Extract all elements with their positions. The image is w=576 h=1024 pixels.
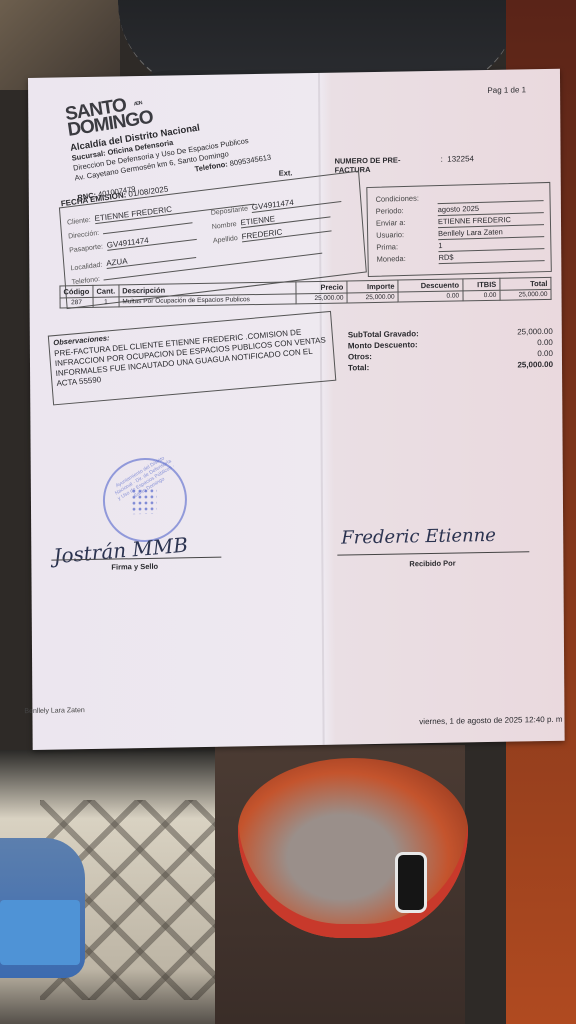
recibido-por-caption: Recibido Por [409, 559, 455, 569]
total-row: Total:25,000.00 [348, 360, 553, 375]
background-helmet-visor [395, 852, 427, 913]
totals-summary: SubTotal Gravado:25,000.00 Monto Descuen… [348, 327, 553, 375]
observations-box: Observaciones: Pre-Factura del cliente E… [48, 311, 337, 405]
conditions-box: Condiciones: Periodo:agosto 2025 Enviar … [366, 182, 552, 277]
prefactura-document: Pag 1 de 1 SANTOADN DOMINGO Alcaldía del… [28, 69, 565, 750]
footer-user: Benllely Lara Zaten [24, 707, 84, 715]
recipient-signature: Frederic Etienne [341, 525, 496, 549]
prefactura-number: : 132254 [441, 154, 474, 164]
page-indicator: Pag 1 de 1 [487, 85, 526, 95]
signature-line-right [337, 551, 529, 555]
official-seal-stamp: Ayuntamiento del Distrito Nacional · Dir… [103, 457, 188, 542]
footer-datetime: viernes, 1 de agosto de 2025 12:40 p. m [419, 715, 562, 726]
paper-fold [318, 73, 325, 745]
firma-y-sello-caption: Firma y Sello [111, 562, 158, 572]
stamp-emblem-icon [131, 488, 157, 514]
background-slipper-strap [0, 900, 80, 965]
logo-badge: ADN [133, 100, 142, 107]
ext-label: Ext. [279, 168, 293, 177]
